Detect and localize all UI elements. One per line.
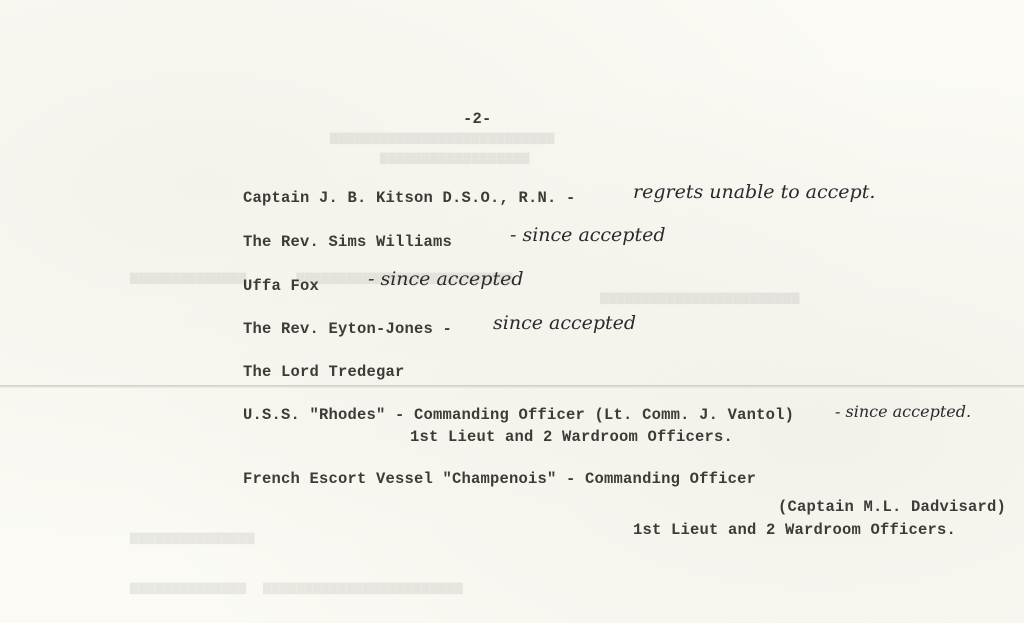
page-number: -2-: [463, 110, 492, 128]
entry-text: The Rev. Sims Williams: [243, 233, 452, 251]
handwritten-annotation: - since accepted: [510, 224, 666, 246]
bleed-through-text: ▆▆▆▆▆▆▆▆▆▆▆▆▆▆ ▆▆▆▆▆▆▆▆▆▆▆▆▆▆▆▆▆▆▆▆▆▆▆▆: [130, 580, 463, 595]
entry-text: U.S.S. "Rhodes" - Commanding Officer (Lt…: [243, 406, 794, 424]
entry-text: Captain J. B. Kitson D.S.O., R.N. -: [243, 189, 576, 207]
paper-fold-line: [0, 385, 1024, 388]
handwritten-annotation: - since accepted: [368, 268, 524, 290]
handwritten-annotation: - since accepted.: [835, 402, 971, 421]
entry-continuation: (Captain M.L. Dadvisard): [778, 498, 1006, 516]
entry-continuation: 1st Lieut and 2 Wardroom Officers.: [633, 521, 956, 539]
entry-text: French Escort Vessel "Champenois" - Comm…: [243, 470, 756, 488]
bleed-through-text: ▆▆▆▆▆▆▆▆▆▆▆▆▆▆▆▆▆▆: [380, 150, 530, 165]
entry-text: Uffa Fox: [243, 277, 319, 295]
entry-text: The Rev. Eyton-Jones -: [243, 320, 452, 338]
entry-text: The Lord Tredegar: [243, 363, 405, 381]
bleed-through-text: ▆▆▆▆▆▆▆▆▆▆▆▆▆▆▆▆▆▆▆▆▆▆▆▆▆▆▆: [330, 130, 555, 145]
bleed-through-text: ▆▆▆▆▆▆▆▆▆▆▆▆▆▆▆▆▆▆▆▆▆▆▆▆: [600, 290, 800, 305]
bleed-through-text: ▆▆▆▆▆▆▆▆▆▆▆▆▆▆▆: [130, 530, 255, 545]
document-page: ▆▆▆▆▆▆▆▆▆▆▆▆▆▆▆▆▆▆▆▆▆▆▆▆▆▆▆ ▆▆▆▆▆▆▆▆▆▆▆▆…: [0, 0, 1024, 623]
handwritten-annotation: regrets unable to accept.: [633, 181, 875, 203]
handwritten-annotation: since accepted: [493, 312, 636, 334]
entry-continuation: 1st Lieut and 2 Wardroom Officers.: [410, 428, 733, 446]
